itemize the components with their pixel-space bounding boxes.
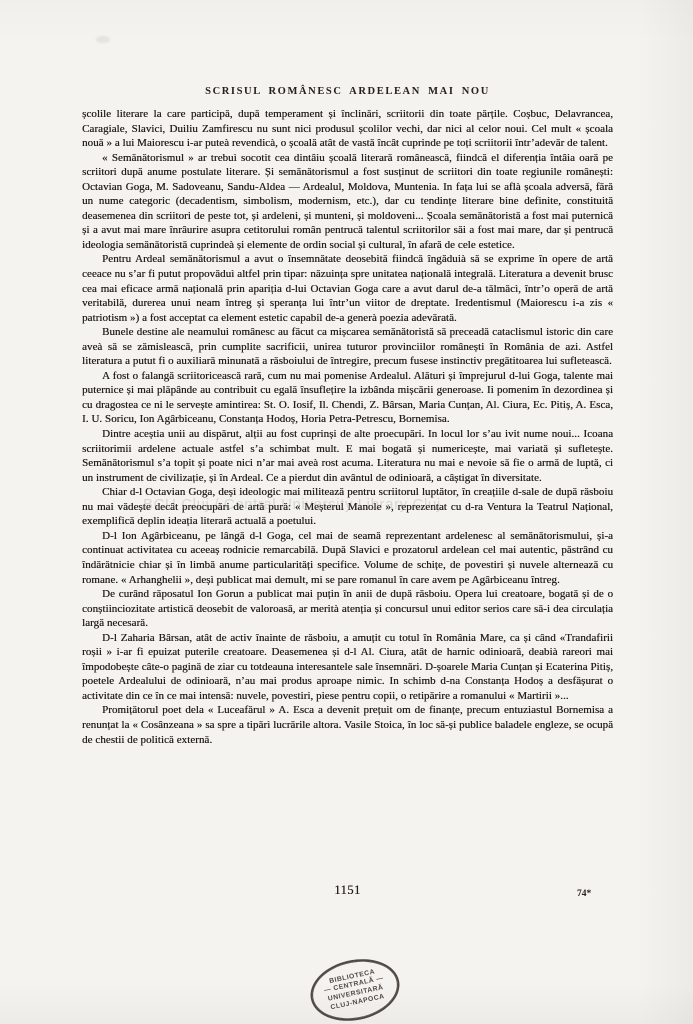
page-number: 1151 [82, 883, 613, 898]
scan-smudge [96, 36, 110, 43]
paragraph: școlile literare la care participă, după… [82, 107, 613, 151]
paragraph: D-l Zaharia Bârsan, atât de activ înaint… [82, 631, 613, 704]
paragraph: A fost o falangă scriitoricească rară, c… [82, 369, 613, 427]
library-stamp: BIBLIOTECA— CENTRALĂ —UNIVERSITARĂCLUJ-N… [305, 951, 406, 1024]
paragraph: Bunele destine ale neamului românesc au … [82, 325, 613, 369]
body-text: școlile literare la care participă, după… [82, 107, 613, 747]
paragraph: « Semănătorismul » ar trebuì socotit cea… [82, 151, 613, 253]
paragraph: D-l Ion Agârbiceanu, pe lângă d-l Goga, … [82, 529, 613, 587]
paragraph: De curând răposatul Ion Gorun a publicat… [82, 587, 613, 631]
signature-mark: 74* [577, 889, 591, 899]
paragraph: Dintre aceștia unii au dispărut, alții a… [82, 427, 613, 485]
page-header: SCRISUL ROMÂNESC ARDELEAN MAI NOU [82, 86, 613, 97]
paragraph: Promițătorul poet dela « Luceafărul » A.… [82, 703, 613, 747]
paragraph: Chiar d-l Octavian Goga, deșì ideologic … [82, 485, 613, 529]
scanned-page: SCRISUL ROMÂNESC ARDELEAN MAI NOU școlil… [0, 0, 693, 1024]
paragraph: Pentru Ardeal semănătorismul a avut o în… [82, 252, 613, 325]
